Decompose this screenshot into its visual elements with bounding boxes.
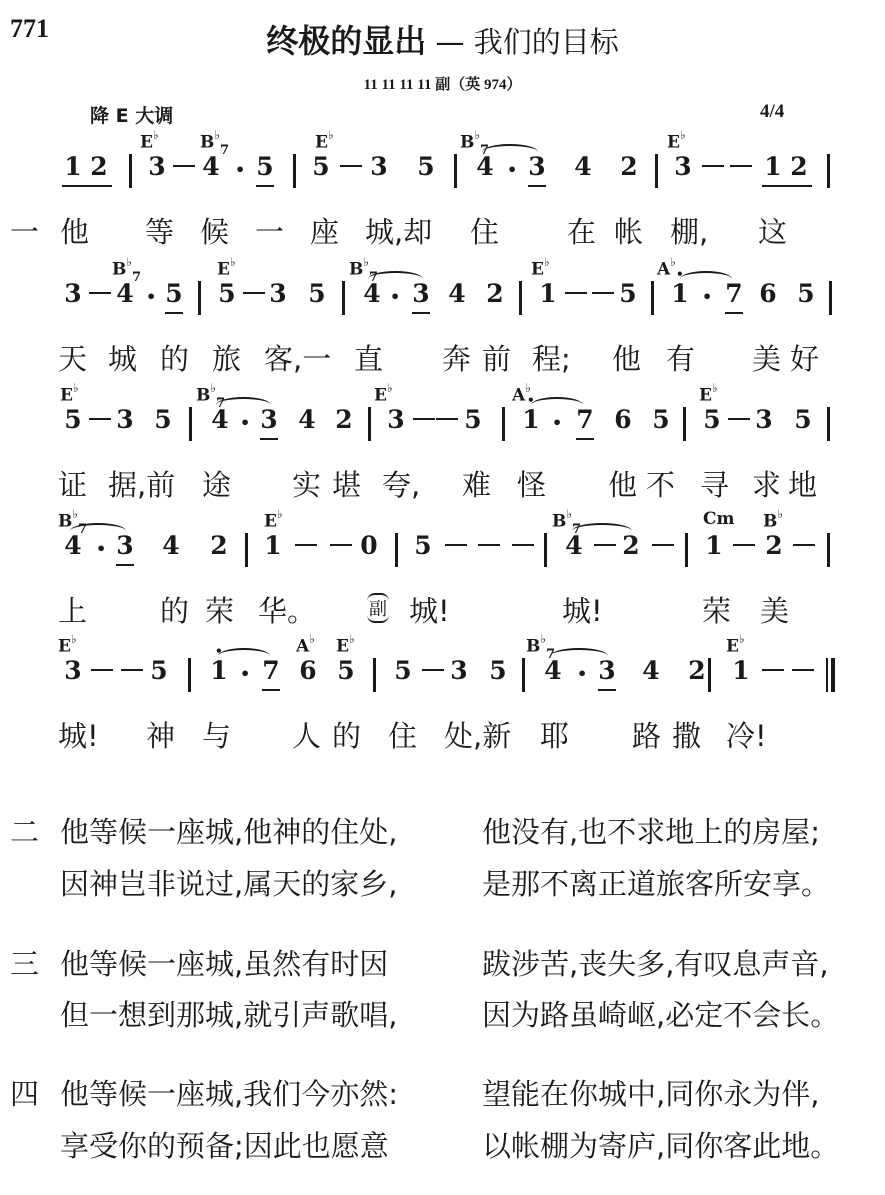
note: 5 bbox=[792, 405, 814, 434]
verse-line: 享受你的预备;因此也愿意 bbox=[60, 1124, 389, 1165]
note: 5 bbox=[392, 656, 414, 685]
bar-line bbox=[293, 154, 296, 188]
lyric: 他 bbox=[608, 463, 637, 504]
dash bbox=[592, 292, 614, 294]
bar-line bbox=[129, 154, 132, 188]
bar-line bbox=[198, 281, 201, 315]
note: 5 bbox=[335, 656, 357, 685]
note: 3 bbox=[267, 279, 289, 308]
note: 7 bbox=[260, 656, 282, 685]
chord-symbol: A♭ bbox=[296, 634, 315, 657]
lyric: 耶 bbox=[540, 714, 569, 755]
lyric: 实 bbox=[292, 463, 321, 504]
note: 4 bbox=[563, 531, 585, 560]
lyric: 有 bbox=[666, 337, 695, 378]
music-system-5: E♭ A♭ E♭ B♭7 E♭ 3 5 1 • 7 6 5 5 3 5 4 • … bbox=[0, 634, 885, 759]
chord-symbol: E♭ bbox=[667, 130, 686, 153]
bar-line bbox=[245, 533, 248, 567]
verse-line: 是那不离正道旅客所安享。 bbox=[482, 862, 830, 903]
note: 3 bbox=[672, 152, 694, 181]
lyric: 好 bbox=[790, 337, 819, 378]
music-system-1: E♭ B♭7 E♭ B♭7 E♭ 1 2 3 4 • 5 5 3 5 4 • 3… bbox=[0, 130, 885, 255]
verse-line: 他等候一座城,他神的住处, bbox=[60, 810, 397, 851]
underline bbox=[116, 564, 134, 566]
underline bbox=[528, 185, 546, 187]
note: 3 bbox=[385, 405, 407, 434]
dash bbox=[89, 418, 111, 420]
bar-line bbox=[827, 154, 830, 188]
note: 4 bbox=[640, 656, 662, 685]
lyric: 旅 bbox=[212, 337, 241, 378]
note: 2 bbox=[686, 656, 708, 685]
verse-line: 望能在你城中,同你永为伴, bbox=[482, 1072, 819, 1113]
lyric: 一 bbox=[255, 210, 284, 251]
meter-info: 11 11 11 11 副（英 974） bbox=[0, 73, 885, 94]
bar-line bbox=[189, 407, 192, 441]
final-bar-line bbox=[831, 658, 835, 692]
note: 2 bbox=[788, 152, 810, 181]
dash bbox=[730, 165, 752, 167]
dot: • bbox=[96, 539, 106, 558]
dot: • bbox=[235, 160, 245, 179]
chord-symbol: E♭ bbox=[140, 130, 159, 153]
underline bbox=[62, 185, 112, 187]
dash bbox=[733, 544, 755, 546]
note-high-octave: 1 bbox=[669, 279, 691, 308]
lyric: 难 bbox=[462, 463, 491, 504]
verse-line: 跋涉苦,丧失多,有叹息声音, bbox=[482, 942, 829, 983]
lyric: 神 bbox=[146, 714, 175, 755]
note: 6 bbox=[297, 656, 319, 685]
chord-symbol: E♭ bbox=[726, 634, 745, 657]
music-system-2: B♭7 E♭ B♭7 E♭ A♭ 3 4 • 5 5 3 5 4 • 3 4 2… bbox=[0, 257, 885, 382]
chord-symbol: E♭ bbox=[264, 509, 283, 532]
chord-symbol: E♭ bbox=[58, 634, 77, 657]
lyric: 撒 bbox=[672, 714, 701, 755]
note: 2 bbox=[333, 405, 355, 434]
verse-line: 以帐棚为寄庐,同你客此地。 bbox=[482, 1124, 839, 1165]
dot: • bbox=[577, 664, 587, 683]
note: 1 bbox=[703, 531, 725, 560]
note: 4 bbox=[446, 279, 468, 308]
note: 5 bbox=[310, 152, 332, 181]
note: 4 bbox=[296, 405, 318, 434]
note: 4 bbox=[160, 531, 182, 560]
verse-line: 但一想到那城,就引声歌唱, bbox=[60, 993, 397, 1034]
dash bbox=[173, 165, 195, 167]
bar-line bbox=[519, 281, 522, 315]
note: 4 bbox=[62, 531, 84, 560]
chord-symbol: E♭ bbox=[699, 383, 718, 406]
lyric: 上 bbox=[58, 589, 87, 630]
note: 4 bbox=[114, 279, 136, 308]
lyric: 的 bbox=[160, 589, 189, 630]
note: 4 bbox=[361, 279, 383, 308]
note: 3 bbox=[410, 279, 432, 308]
note: 5 bbox=[617, 279, 639, 308]
lyric: 他 bbox=[60, 210, 89, 251]
bar-line bbox=[544, 533, 547, 567]
note: 1 bbox=[537, 279, 559, 308]
dash bbox=[594, 544, 616, 546]
bar-line bbox=[522, 658, 525, 692]
verse-line: 因为路虽崎岖,必定不会长。 bbox=[482, 993, 839, 1034]
lyric: 天 bbox=[58, 337, 87, 378]
verse-number: 三 bbox=[10, 942, 39, 983]
bar-line bbox=[368, 407, 371, 441]
lyric: 据,前 bbox=[108, 463, 175, 504]
bar-line bbox=[188, 658, 191, 692]
bar-line bbox=[454, 154, 457, 188]
dash bbox=[413, 418, 435, 420]
music-system-4: B♭7 E♭ B♭7 Cm B♭ 4 • 3 4 2 1 0 5 4 2 1 2… bbox=[0, 509, 885, 634]
note: 4 bbox=[200, 152, 222, 181]
bar-line bbox=[373, 658, 376, 692]
note: 3 bbox=[114, 405, 136, 434]
note: 3 bbox=[146, 152, 168, 181]
lyric: 荣 bbox=[205, 589, 234, 630]
lyric: 与 bbox=[202, 714, 231, 755]
note: 0 bbox=[358, 531, 380, 560]
lyric: 程; bbox=[532, 337, 571, 378]
dot: • bbox=[240, 413, 250, 432]
lyric: 人 bbox=[292, 714, 321, 755]
bar-line bbox=[827, 407, 830, 441]
dash bbox=[121, 669, 143, 671]
dash bbox=[762, 669, 784, 671]
lyric: 求 bbox=[752, 463, 781, 504]
underline bbox=[762, 185, 812, 187]
lyric: 地 bbox=[788, 463, 817, 504]
verse-number: 二 bbox=[10, 810, 39, 851]
lyric: 前 bbox=[482, 337, 511, 378]
bar-line bbox=[708, 658, 711, 692]
lyric: 寻 bbox=[700, 463, 729, 504]
underline bbox=[262, 689, 280, 691]
underline bbox=[260, 438, 278, 440]
dash bbox=[89, 292, 111, 294]
bar-line bbox=[827, 533, 830, 567]
dash bbox=[512, 544, 534, 546]
note: 3 bbox=[596, 656, 618, 685]
dash bbox=[295, 544, 317, 546]
note: 7 bbox=[574, 405, 596, 434]
lyric: 夸, bbox=[382, 463, 420, 504]
note: 1 bbox=[730, 656, 752, 685]
bar-line bbox=[683, 407, 686, 441]
underline bbox=[256, 185, 274, 187]
note: 7 bbox=[723, 279, 745, 308]
lyric: 城 bbox=[108, 337, 137, 378]
note: 2 bbox=[208, 531, 230, 560]
lyric: 在 bbox=[567, 210, 596, 251]
chord-symbol: E♭ bbox=[336, 634, 355, 657]
bar-line bbox=[826, 658, 828, 692]
dash bbox=[243, 292, 265, 294]
dash bbox=[728, 418, 750, 420]
lyric: 住 bbox=[470, 210, 499, 251]
lyric: 棚, bbox=[670, 210, 708, 251]
lyric: 直 bbox=[354, 337, 383, 378]
lyric: 这 bbox=[758, 210, 787, 251]
note: 1 bbox=[262, 531, 284, 560]
note: 5 bbox=[254, 152, 276, 181]
bar-line bbox=[829, 281, 832, 315]
note: 2 bbox=[763, 531, 785, 560]
lyric: 荣 bbox=[702, 589, 731, 630]
bar-line bbox=[685, 533, 688, 567]
note: 2 bbox=[618, 152, 640, 181]
note: 5 bbox=[487, 656, 509, 685]
underline bbox=[165, 312, 183, 314]
lyric-verse-number: 一 bbox=[10, 210, 39, 251]
note: 2 bbox=[484, 279, 506, 308]
note: 2 bbox=[88, 152, 110, 181]
note: 4 bbox=[209, 405, 231, 434]
underline bbox=[725, 312, 743, 314]
lyric: 的 bbox=[332, 714, 361, 755]
lyric: 他 bbox=[612, 337, 641, 378]
bar-line bbox=[395, 533, 398, 567]
verse-line: 他没有,也不求地上的房屋; bbox=[482, 810, 820, 851]
note: 5 bbox=[306, 279, 328, 308]
chord-symbol: A♭ bbox=[657, 257, 676, 280]
chord-symbol: E♭ bbox=[60, 383, 79, 406]
note: 5 bbox=[152, 405, 174, 434]
dash bbox=[478, 544, 500, 546]
lyric: 奔 bbox=[442, 337, 471, 378]
lyric: 城! bbox=[58, 714, 99, 755]
verse-line: 他等候一座城,我们今亦然: bbox=[60, 1072, 398, 1113]
chord-symbol: E♭ bbox=[374, 383, 393, 406]
note: 3 bbox=[753, 405, 775, 434]
bar-line bbox=[651, 281, 654, 315]
lyric: 城,却 bbox=[365, 210, 432, 251]
underline bbox=[412, 312, 430, 314]
lyric: 城! bbox=[409, 589, 450, 630]
note: 5 bbox=[163, 279, 185, 308]
note: 4 bbox=[542, 656, 564, 685]
chord-symbol: B♭ bbox=[763, 509, 783, 532]
verse-line: 因神岂非说过,属天的家乡, bbox=[60, 862, 397, 903]
lyric: 客,一 bbox=[264, 337, 331, 378]
lyric: 住 bbox=[388, 714, 417, 755]
refrain-marker: 副 bbox=[367, 593, 389, 623]
note: 3 bbox=[114, 531, 136, 560]
note: 5 bbox=[701, 405, 723, 434]
dash bbox=[330, 544, 352, 546]
lyric: 不 bbox=[646, 463, 675, 504]
note: 3 bbox=[448, 656, 470, 685]
note: 3 bbox=[258, 405, 280, 434]
note: 6 bbox=[757, 279, 779, 308]
verse-number: 四 bbox=[10, 1072, 39, 1113]
dash bbox=[565, 292, 587, 294]
note-high-octave: 1 bbox=[208, 656, 230, 685]
dash bbox=[436, 418, 458, 420]
dash bbox=[702, 165, 724, 167]
lyric: 美 bbox=[760, 589, 789, 630]
note: 1 bbox=[762, 152, 784, 181]
note: 6 bbox=[612, 405, 634, 434]
lyric: 怪 bbox=[517, 463, 546, 504]
dot: • bbox=[146, 287, 156, 306]
lyric: 堪 bbox=[332, 463, 361, 504]
note: 5 bbox=[412, 531, 434, 560]
lyric: 等 bbox=[145, 210, 174, 251]
verse-line: 他等候一座城,虽然有时因 bbox=[60, 942, 388, 983]
dash bbox=[445, 544, 467, 546]
note: 3 bbox=[526, 152, 548, 181]
note: 5 bbox=[462, 405, 484, 434]
dash bbox=[792, 669, 814, 671]
music-system-3: E♭ B♭7 E♭ A♭ E♭ 5 3 5 4 • 3 4 2 3 5 1 • … bbox=[0, 383, 885, 508]
dash bbox=[793, 544, 815, 546]
lyric: 华。 bbox=[258, 589, 316, 630]
dot: • bbox=[552, 413, 562, 432]
lyric: 冷! bbox=[726, 714, 767, 755]
chord-symbol: E♭ bbox=[531, 257, 550, 280]
lyric: 帐 bbox=[614, 210, 643, 251]
lyric: 美 bbox=[752, 337, 781, 378]
dot: • bbox=[507, 160, 517, 179]
note: 3 bbox=[62, 656, 84, 685]
chord-symbol: E♭ bbox=[217, 257, 236, 280]
lyric: 证 bbox=[58, 463, 87, 504]
note: 5 bbox=[650, 405, 672, 434]
note-high-octave: 1 bbox=[520, 405, 542, 434]
dot: • bbox=[240, 664, 250, 683]
lyric: 途 bbox=[202, 463, 231, 504]
note: 4 bbox=[474, 152, 496, 181]
time-signature: 4/4 bbox=[760, 101, 784, 123]
note: 4 bbox=[572, 152, 594, 181]
chord-symbol: E♭ bbox=[315, 130, 334, 153]
lyric: 路 bbox=[632, 714, 661, 755]
lyric: 座 bbox=[310, 210, 339, 251]
dash bbox=[422, 669, 444, 671]
note: 5 bbox=[216, 279, 238, 308]
note: 5 bbox=[62, 405, 84, 434]
note: 5 bbox=[415, 152, 437, 181]
dash bbox=[652, 544, 674, 546]
note: 5 bbox=[148, 656, 170, 685]
lyric: 城! bbox=[562, 589, 603, 630]
lyric: 处,新 bbox=[444, 714, 511, 755]
underline bbox=[598, 689, 616, 691]
note: 5 bbox=[795, 279, 817, 308]
dot: • bbox=[390, 287, 400, 306]
title-main: 终极的显出 bbox=[266, 22, 426, 60]
lyric: 候 bbox=[200, 210, 229, 251]
dash bbox=[340, 165, 362, 167]
lyric: 的 bbox=[160, 337, 189, 378]
chord-symbol: Cm bbox=[703, 509, 735, 529]
key-signature: 降 E 大调 bbox=[90, 101, 173, 128]
dash bbox=[91, 669, 113, 671]
underline bbox=[576, 438, 594, 440]
note: 2 bbox=[620, 531, 642, 560]
hymn-title: 终极的显出 — 我们的目标 bbox=[0, 16, 885, 62]
note: 1 bbox=[62, 152, 84, 181]
dot: • bbox=[702, 287, 712, 306]
note: 3 bbox=[368, 152, 390, 181]
title-subtitle: — 我们的目标 bbox=[426, 25, 618, 59]
bar-line bbox=[342, 281, 345, 315]
note: 3 bbox=[62, 279, 84, 308]
bar-line bbox=[502, 407, 505, 441]
bar-line bbox=[655, 154, 658, 188]
